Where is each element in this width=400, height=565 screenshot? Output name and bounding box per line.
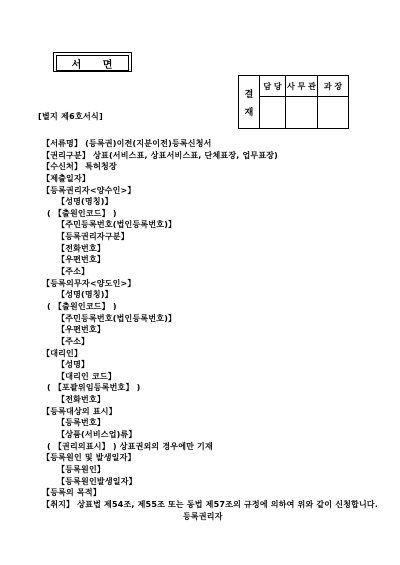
form-field-line: 【대리인】 — [0, 348, 400, 360]
approval-col-staff: 담 당 — [260, 76, 286, 97]
document-page: 서 면 결 재 담 당 사 무 관 과 장 [별지 제6호서식] 【서류명】 (… — [0, 0, 400, 565]
approval-col-deputy-director: 사 무 관 — [286, 76, 318, 97]
form-field-line: 【성명(명칭)】 — [0, 289, 400, 301]
document-type-box: 서 면 — [53, 52, 132, 72]
approval-col-section-chief: 과 장 — [318, 76, 349, 97]
document-type-label: 서 면 — [56, 55, 129, 71]
form-field-line: ( 【출원인코드】 ) — [0, 208, 400, 220]
form-field-line: 【우편번호】 — [0, 254, 400, 266]
form-field-line: 【주민등록번호(법인등록번호)】 — [0, 313, 400, 325]
form-field-line: 【등록원인】 — [0, 464, 400, 476]
form-field-line: 【등록번호】 — [0, 417, 400, 429]
approval-stamp-label-top: 결 — [239, 87, 259, 100]
form-field-line: 【수신처】 특허청장 — [0, 161, 400, 173]
approval-stamp-label-bottom: 재 — [239, 105, 259, 118]
form-field-line: ( 【출원인코드】 ) — [0, 301, 400, 313]
form-field-line: 【우편번호】 — [0, 324, 400, 336]
form-field-line: ( 【권리의표시】 ) 상표권외의 경우에만 기재 — [0, 441, 400, 453]
form-field-line: 【전화번호】 — [0, 243, 400, 255]
form-field-line: 【주민등록번호(법인등록번호)】 — [0, 219, 400, 231]
form-field-line: 【대리인 코드】 — [0, 371, 400, 383]
form-field-line: 【등록대상의 표시】 — [0, 406, 400, 418]
form-field-line: 【주소】 — [0, 336, 400, 348]
form-field-line: 【등록권리자구분】 — [0, 231, 400, 243]
form-field-line: 【성명】 — [0, 359, 400, 371]
approval-table: 결 재 담 당 사 무 관 과 장 — [238, 75, 349, 129]
form-field-line: 【등록원인 및 발생일자】 — [0, 452, 400, 464]
approval-stamp-cell: 결 재 — [239, 76, 260, 129]
form-field-line: 【제출일자】 — [0, 173, 400, 185]
approval-sign-cell-deputy-director — [286, 97, 318, 129]
form-field-line: 【등록권리자<양수인>】 — [0, 185, 400, 197]
form-field-line: 【서류명】 (등록권)이전(지분이전)등록신청서 — [0, 138, 400, 150]
form-field-line: 【등록의 목적】 — [0, 487, 400, 499]
form-field-line: 등록권리자 — [0, 511, 400, 523]
form-field-line: 【취지】 상표법 제54조, 제55조 또는 동법 제57조의 규정에 의하여 … — [0, 499, 400, 511]
approval-sign-cell-section-chief — [318, 97, 349, 129]
form-id-label: [별지 제6호서식] — [38, 111, 103, 122]
form-field-line: 【전화번호】 — [0, 394, 400, 406]
form-field-line: 【주소】 — [0, 266, 400, 278]
form-body: 【서류명】 (등록권)이전(지분이전)등록신청서【권리구분】 상표(서비스표, … — [0, 138, 400, 522]
form-field-line: 【성명(명칭)】 — [0, 196, 400, 208]
form-field-line: 【등록의무자<양도인>】 — [0, 278, 400, 290]
approval-sign-cell-staff — [260, 97, 286, 129]
form-field-line: 【권리구분】 상표(서비스표, 상표서비스표, 단체표장, 업무표장) — [0, 150, 400, 162]
form-field-line: 【상품(서비스업)류】 — [0, 429, 400, 441]
form-field-line: ( 【포괄위임등록번호】 ) — [0, 382, 400, 394]
form-field-line: 【등록원인발생일자】 — [0, 476, 400, 488]
